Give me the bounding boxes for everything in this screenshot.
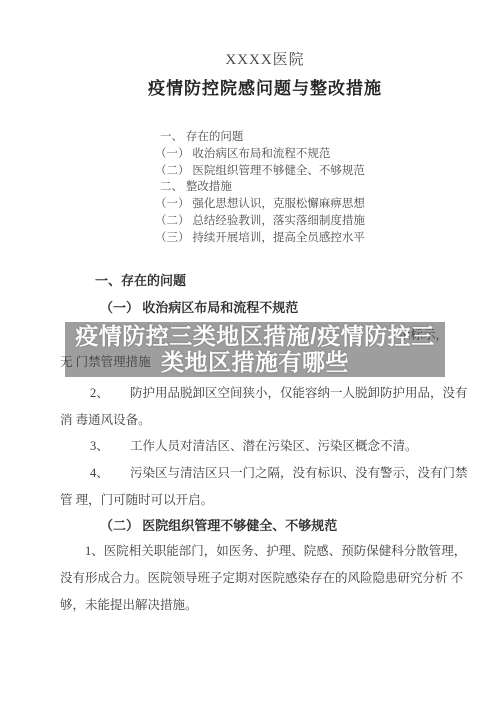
toc-item: （二） 总结经验教训，落实落细制度措施 (155, 213, 365, 230)
toc-item: （一） 强化思想认识，克服松懈麻痹思想 (155, 196, 365, 213)
body-text: 防护用品脱卸区空间狭小，仅能容纳一人脱卸防护用品，没有 (130, 386, 468, 400)
body-line-item2: 2、防护用品脱卸区空间狭小，仅能容纳一人脱卸防护用品，没有 (90, 383, 468, 401)
body-line-para2: 1、医院相关职能部门，如医务、护理、院感、预防保健科分散管理， (85, 541, 466, 559)
body-line-item4: 4、污染区与清洁区只一门之隔，没有标识、没有警示，没有门禁 (90, 463, 468, 481)
body-text: 污染区与清洁区只一门之隔，没有标识、没有警示，没有门禁 (130, 466, 468, 480)
list-number: 2、 (90, 383, 130, 401)
document-page: XXXX医院 疫情防控院感问题与整改措施 一、 存在的问题 （一） 收治病区布局… (0, 0, 500, 707)
body-line-item3: 3、工作人员对清洁区、潜在污染区、污染区概念不清。 (90, 436, 418, 454)
section-heading-problems: 一、存在的问题 (95, 270, 186, 289)
body-line-item2-cont: 消 毒通风设备。 (60, 410, 151, 428)
watermark-text-line1: 疫情防控三类地区措施/疫情防控三 (75, 324, 434, 350)
list-number: 4、 (90, 463, 130, 481)
subsection-heading-management: （二） 医院组织管理不够健全、不够规范 (100, 515, 337, 534)
body-text: 工作人员对清洁区、潜在污染区、污染区概念不清。 (130, 439, 418, 453)
table-of-contents: 一、 存在的问题 （一） 收治病区布局和流程不规范 （二） 医院组织管理不够健全… (155, 129, 365, 247)
list-number: 3、 (90, 436, 130, 454)
watermark-text-line2: 类地区措施有哪些 (161, 350, 349, 376)
body-line-para2-cont: 没有形成合力。医院领导班子定期对医院感染存在的风险隐患研究分析 不 (60, 568, 463, 586)
toc-item: （一） 收治病区布局和流程不规范 (155, 146, 365, 163)
hospital-name: XXXX医院 (30, 48, 500, 69)
toc-item: 二、 整改措施 (155, 179, 365, 196)
subsection-heading-ward-layout: （一） 收治病区布局和流程不规范 (100, 297, 298, 316)
body-line-para2-end: 够，未能提出解决措施。 (60, 595, 198, 613)
toc-item: （三） 持续开展培训，提高全员感控水平 (155, 230, 365, 247)
toc-item: 一、 存在的问题 (155, 129, 365, 146)
watermark-overlay: 疫情防控三类地区措施/疫情防控三 类地区措施有哪些 (65, 322, 445, 377)
toc-item: （二） 医院组织管理不够健全、不够规范 (155, 163, 365, 180)
body-line-item4-cont: 管 理，门可随时可以开启。 (60, 490, 213, 508)
document-title: 疫情防控院感问题与整改措施 (30, 74, 500, 99)
